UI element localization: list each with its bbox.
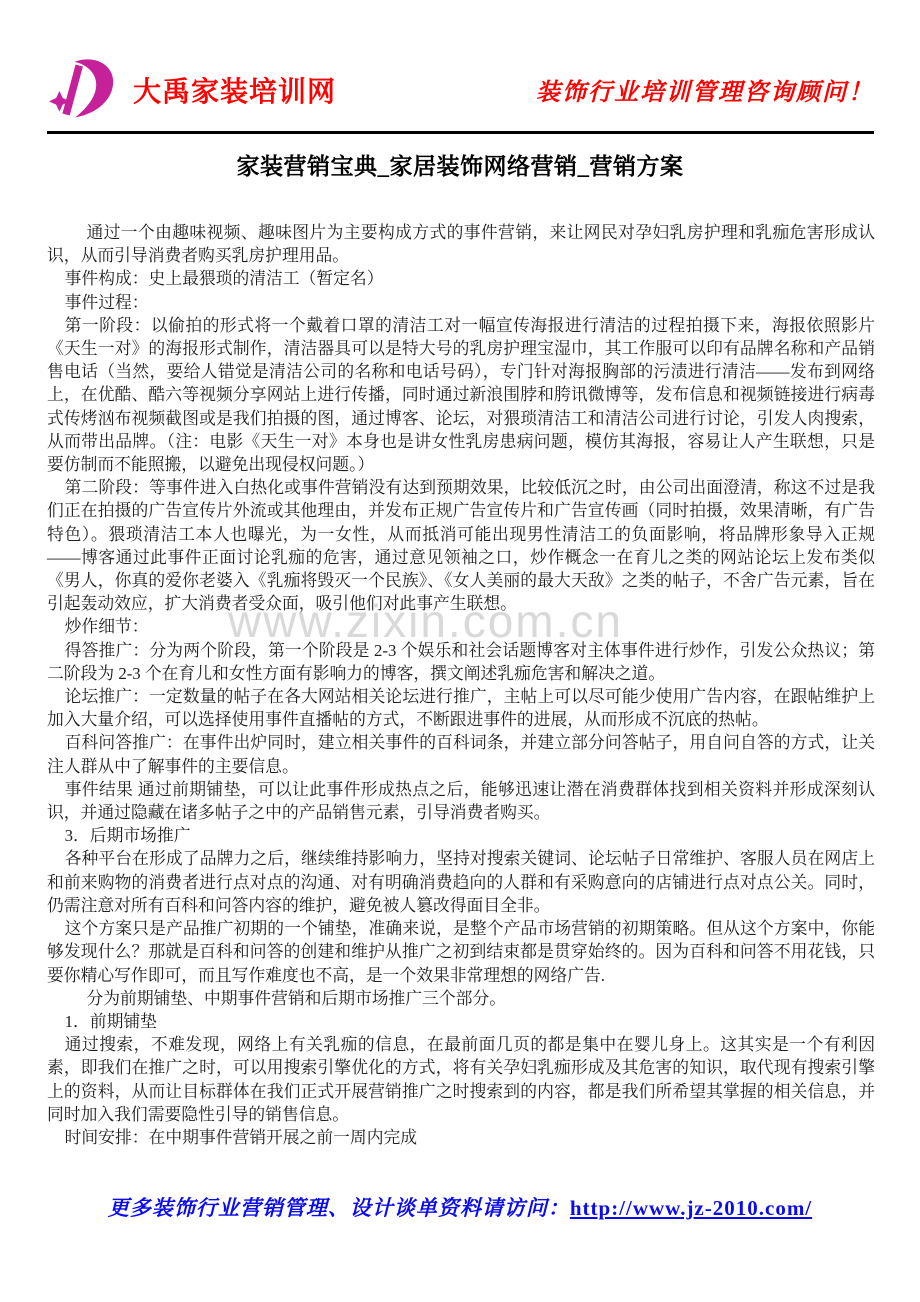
page-header: 大禹家装培训网 装饰行业培训管理咨询顾问！ [47, 56, 874, 134]
brand-logo-icon [47, 57, 119, 123]
brand-name: 大禹家装培训网 [133, 70, 336, 110]
paragraph: 各种平台在形成了品牌力之后，继续维持影响力，坚持对搜索关键词、论坛帖子日常维护、… [47, 847, 875, 917]
paragraph: 炒作细节： [47, 615, 875, 638]
paragraph: 论坛推广：一定数量的帖子在各大网站相关论坛进行推广，主帖上可以尽可能少使用广告内… [47, 685, 875, 731]
paragraph: 得答推广：分为两个阶段，第一个阶段是 2-3 个娱乐和社会话题博客对主体事件进行… [47, 639, 875, 685]
paragraph: 第二阶段：等事件进入白热化或事件营销没有达到预期效果，比较低沉之时，由公司出面澄… [47, 476, 875, 615]
document-page: 大禹家装培训网 装饰行业培训管理咨询顾问！ 家装营销宝典_家居装饰网络营销_营销… [0, 0, 920, 1302]
paragraph: 3．后期市场推广 [47, 824, 875, 847]
document-body: 通过一个由趣味视频、趣味图片为主要构成方式的事件营销，来让网民对孕妇乳房护理和乳… [47, 221, 875, 1149]
paragraph: 分为前期铺垫、中期事件营销和后期市场推广三个部分。 [47, 987, 875, 1010]
paragraph: 事件结果 通过前期铺垫，可以让此事件形成热点之后，能够迅速让潜在消费群体找到相关… [47, 778, 875, 824]
paragraph: 第一阶段：以偷拍的形式将一个戴着口罩的清洁工对一幅宣传海报进行清洁的过程拍摄下来… [47, 314, 875, 476]
footer-link[interactable]: http://www.jz-2010.com/ [570, 1196, 812, 1220]
header-slogan: 装饰行业培训管理咨询顾问！ [536, 72, 874, 107]
paragraph: 通过一个由趣味视频、趣味图片为主要构成方式的事件营销，来让网民对孕妇乳房护理和乳… [47, 221, 875, 267]
paragraph: 通过搜索，不难发现，网络上有关乳痂的信息，在最前面几页的都是集中在婴儿身上。这其… [47, 1033, 875, 1126]
paragraph: 这个方案只是产品推广初期的一个铺垫，准确来说，是整个产品市场营销的初期策略。但从… [47, 917, 875, 987]
paragraph: 时间安排：在中期事件营销开展之前一周内完成 [47, 1126, 875, 1149]
footer-label: 更多装饰行业营销管理、设计谈单资料请访问： [108, 1196, 570, 1220]
paragraph: 事件构成：史上最猥琐的清洁工（暂定名） [47, 267, 875, 290]
page-footer: 更多装饰行业营销管理、设计谈单资料请访问：http://www.jz-2010.… [0, 1192, 920, 1222]
paragraph: 1．前期铺垫 [47, 1010, 875, 1033]
document-title: 家装营销宝典_家居装饰网络营销_营销方案 [0, 148, 920, 181]
paragraph: 百科问答推广：在事件出炉同时，建立相关事件的百科词条，并建立部分问答帖子，用自问… [47, 731, 875, 777]
paragraph: 事件过程： [47, 291, 875, 314]
